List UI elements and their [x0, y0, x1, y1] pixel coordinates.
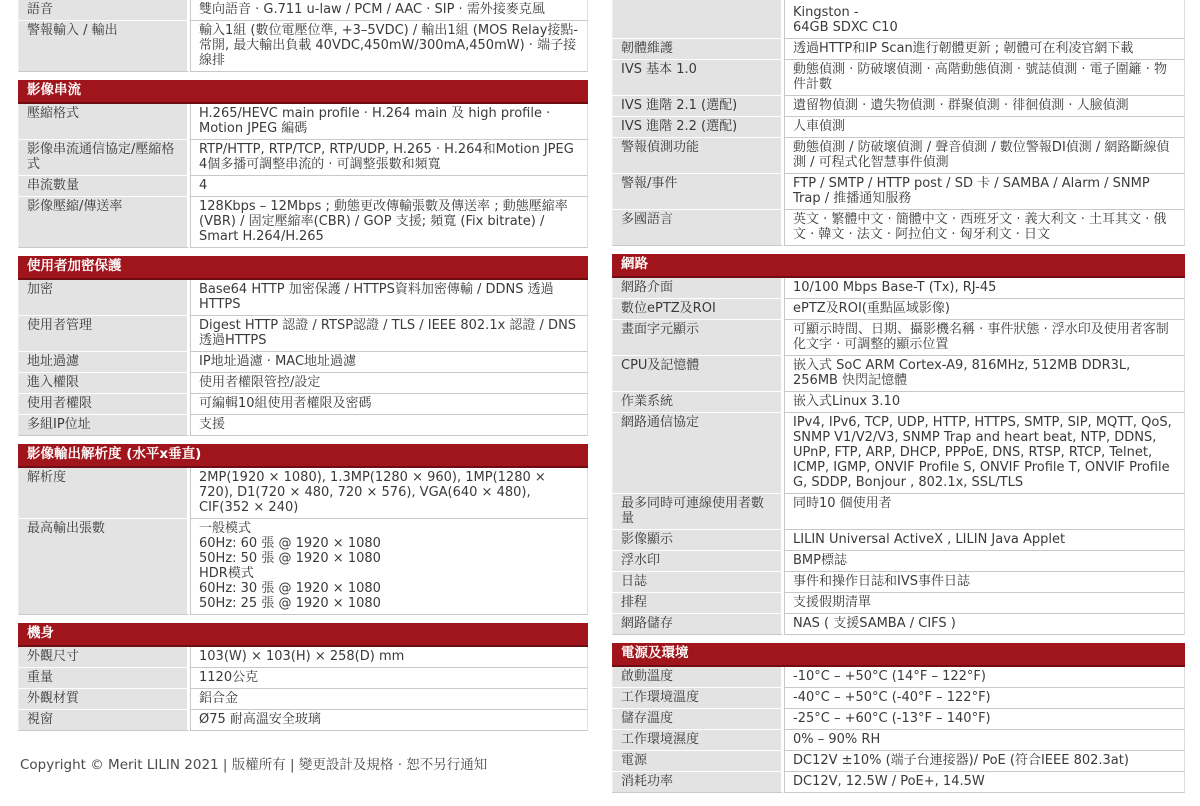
spec-row: 數位ePTZ及ROIePTZ及ROI(重點區域影像)	[612, 299, 1185, 320]
spec-row: 最多同時可連線使用者數量同時10 個使用者	[612, 494, 1185, 530]
spec-row: 最高輸出張數一般模式 60Hz: 60 張 @ 1920 × 1080 50Hz…	[18, 519, 588, 615]
spec-row: 使用者權限可編輯10組使用者權限及密碼	[18, 394, 588, 415]
section-header: 影像輸出解析度 (水平x垂直)	[18, 444, 588, 468]
spec-label-cell: 影像串流通信協定/壓縮格式	[18, 140, 190, 176]
spec-label-cell: 消耗功率	[612, 772, 784, 793]
spec-label-cell: 警報輸入 / 輸出	[18, 21, 190, 72]
spec-value-cell: 10/100 Mbps Base-T (Tx), RJ-45	[784, 278, 1185, 299]
spec-label-cell: 警報偵測功能	[612, 138, 784, 174]
section-header: 使用者加密保護	[18, 256, 588, 280]
spec-label-cell: 串流數量	[18, 176, 190, 197]
spec-value-cell: ePTZ及ROI(重點區域影像)	[784, 299, 1185, 320]
section-header: 影像串流	[18, 80, 588, 104]
spec-value-cell: 128Kbps – 12Mbps ; 動態更改傳輸張數及傳送率 ; 動態壓縮率(…	[190, 197, 588, 248]
spec-label-cell: 日誌	[612, 572, 784, 593]
spec-row: 外觀尺寸103(W) × 103(H) × 258(D) mm	[18, 647, 588, 668]
spec-value-cell: FTP / SMTP / HTTP post / SD 卡 / SAMBA / …	[784, 174, 1185, 210]
spec-row: IVS 進階 2.2 (選配)人車偵測	[612, 117, 1185, 138]
spec-label-cell: 語音	[18, 0, 190, 21]
spec-value-cell: 103(W) × 103(H) × 258(D) mm	[190, 647, 588, 668]
spec-label-cell: 儲存溫度	[612, 709, 784, 730]
spec-table: 外觀尺寸103(W) × 103(H) × 258(D) mm重量1120公克外…	[18, 647, 588, 731]
spec-row: 工作環境溫度-40°C – +50°C (-40°F – 122°F)	[612, 688, 1185, 709]
spec-value-cell: 0% – 90% RH	[784, 730, 1185, 751]
spec-label-cell: CPU及記憶體	[612, 356, 784, 392]
spec-value-cell: RTP/HTTP, RTP/TCP, RTP/UDP, H.265 · H.26…	[190, 140, 588, 176]
spec-label-cell: 網路通信協定	[612, 413, 784, 494]
spec-label-cell	[612, 0, 784, 39]
spec-row: 警報輸入 / 輸出輸入1組 (數位電壓位準, +3–5VDC) / 輸出1組 (…	[18, 21, 588, 72]
spec-value-cell: 嵌入式Linux 3.10	[784, 392, 1185, 413]
spec-value-cell: 使用者權限管控/設定	[190, 373, 588, 394]
spec-value-cell: 同時10 個使用者	[784, 494, 1185, 530]
spec-value-cell: 遺留物偵測 · 遺失物偵測 · 群聚偵測 · 徘徊偵測 · 人臉偵測	[784, 96, 1185, 117]
spec-value-cell: 一般模式 60Hz: 60 張 @ 1920 × 1080 50Hz: 50 張…	[190, 519, 588, 615]
spec-row: 語音雙向語音 · G.711 u-law / PCM / AAC · SIP ·…	[18, 0, 588, 21]
spec-table: 語音雙向語音 · G.711 u-law / PCM / AAC · SIP ·…	[18, 0, 588, 72]
spec-table: 解析度2MP(1920 × 1080), 1.3MP(1280 × 960), …	[18, 468, 588, 615]
spec-label-cell: 多國語言	[612, 210, 784, 246]
spec-section: 影像輸出解析度 (水平x垂直)解析度2MP(1920 × 1080), 1.3M…	[18, 444, 588, 615]
spec-row: 網路通信協定IPv4, IPv6, TCP, UDP, HTTP, HTTPS,…	[612, 413, 1185, 494]
spec-row: 多國語言英文 · 繁體中文 · 簡體中文 · 西班牙文 · 義大利文 · 土耳其…	[612, 210, 1185, 246]
spec-row: 工作環境濕度0% – 90% RH	[612, 730, 1185, 751]
spec-value-cell: IP地址過濾 · MAC地址過濾	[190, 352, 588, 373]
spec-label-cell: 啟動溫度	[612, 667, 784, 688]
spec-value-cell: 支援	[190, 415, 588, 436]
spec-label-cell: 網路儲存	[612, 614, 784, 635]
spec-label-cell: 電源	[612, 751, 784, 772]
spec-row: CPU及記憶體嵌入式 SoC ARM Cortex-A9, 816MHz, 51…	[612, 356, 1185, 392]
spec-section: 機身外觀尺寸103(W) × 103(H) × 258(D) mm重量1120公…	[18, 623, 588, 731]
spec-value-cell: Kingston - 64GB SDXC C10	[784, 0, 1185, 39]
spec-row: IVS 基本 1.0動態偵測 · 防破壞偵測 · 高階動態偵測 · 號誌偵測 ·…	[612, 60, 1185, 96]
spec-row: Kingston - 64GB SDXC C10	[612, 0, 1185, 39]
spec-label-cell: 韌體維護	[612, 39, 784, 60]
spec-value-cell: BMP標誌	[784, 551, 1185, 572]
spec-section: 使用者加密保護加密Base64 HTTP 加密保護 / HTTPS資料加密傳輸 …	[18, 256, 588, 436]
spec-label-cell: 影像顯示	[612, 530, 784, 551]
spec-label-cell: 進入權限	[18, 373, 190, 394]
spec-row: 地址過濾IP地址過濾 · MAC地址過濾	[18, 352, 588, 373]
spec-sheet-page: 語音雙向語音 · G.711 u-law / PCM / AAC · SIP ·…	[0, 0, 1200, 806]
spec-row: 網路介面10/100 Mbps Base-T (Tx), RJ-45	[612, 278, 1185, 299]
spec-row: 進入權限使用者權限管控/設定	[18, 373, 588, 394]
spec-label-cell: 影像壓縮/傳送率	[18, 197, 190, 248]
spec-label-cell: 警報/事件	[612, 174, 784, 210]
spec-row: 韌體維護透過HTTP和IP Scan進行韌體更新 ; 韌體可在利凌官網下載	[612, 39, 1185, 60]
spec-row: 浮水印BMP標誌	[612, 551, 1185, 572]
spec-label-cell: 排程	[612, 593, 784, 614]
spec-column-left: 語音雙向語音 · G.711 u-law / PCM / AAC · SIP ·…	[18, 0, 588, 773]
spec-label-cell: 浮水印	[612, 551, 784, 572]
spec-row: 啟動溫度-10°C – +50°C (14°F – 122°F)	[612, 667, 1185, 688]
spec-section: Kingston - 64GB SDXC C10韌體維護透過HTTP和IP Sc…	[612, 0, 1185, 246]
spec-row: 壓縮格式H.265/HEVC main profile · H.264 main…	[18, 104, 588, 140]
spec-label-cell: 使用者管理	[18, 316, 190, 352]
spec-label-cell: 工作環境溫度	[612, 688, 784, 709]
spec-label-cell: 壓縮格式	[18, 104, 190, 140]
spec-label-cell: 外觀材質	[18, 689, 190, 710]
spec-value-cell: NAS ( 支援SAMBA / CIFS )	[784, 614, 1185, 635]
spec-table: 壓縮格式H.265/HEVC main profile · H.264 main…	[18, 104, 588, 248]
spec-row: 電源DC12V ±10% (端子台連接器)/ PoE (符合IEEE 802.3…	[612, 751, 1185, 772]
spec-label-cell: 重量	[18, 668, 190, 689]
spec-table: Kingston - 64GB SDXC C10韌體維護透過HTTP和IP Sc…	[612, 0, 1185, 246]
spec-label-cell: IVS 進階 2.2 (選配)	[612, 117, 784, 138]
spec-label-cell: 最高輸出張數	[18, 519, 190, 615]
spec-value-cell: 2MP(1920 × 1080), 1.3MP(1280 × 960), 1MP…	[190, 468, 588, 519]
spec-value-cell: 支援假期清單	[784, 593, 1185, 614]
section-header: 網路	[612, 254, 1185, 278]
spec-label-cell: 最多同時可連線使用者數量	[612, 494, 784, 530]
spec-value-cell: 輸入1組 (數位電壓位準, +3–5VDC) / 輸出1組 (MOS Relay…	[190, 21, 588, 72]
spec-row: 影像壓縮/傳送率128Kbps – 12Mbps ; 動態更改傳輸張數及傳送率 …	[18, 197, 588, 248]
spec-value-cell: 雙向語音 · G.711 u-law / PCM / AAC · SIP · 需…	[190, 0, 588, 21]
spec-row: 解析度2MP(1920 × 1080), 1.3MP(1280 × 960), …	[18, 468, 588, 519]
spec-label-cell: 畫面字元顯示	[612, 320, 784, 356]
spec-value-cell: IPv4, IPv6, TCP, UDP, HTTP, HTTPS, SMTP,…	[784, 413, 1185, 494]
spec-value-cell: Digest HTTP 認證 / RTSP認證 / TLS / IEEE 802…	[190, 316, 588, 352]
spec-row: 消耗功率DC12V, 12.5W / PoE+, 14.5W	[612, 772, 1185, 793]
spec-row: 警報/事件FTP / SMTP / HTTP post / SD 卡 / SAM…	[612, 174, 1185, 210]
spec-label-cell: IVS 基本 1.0	[612, 60, 784, 96]
copyright-notice: Copyright © Merit LILIN 2021 | 版權所有 | 變更…	[18, 757, 588, 773]
spec-row: 影像串流通信協定/壓縮格式RTP/HTTP, RTP/TCP, RTP/UDP,…	[18, 140, 588, 176]
spec-table: 加密Base64 HTTP 加密保護 / HTTPS資料加密傳輸 / DDNS …	[18, 280, 588, 436]
spec-row: 網路儲存NAS ( 支援SAMBA / CIFS )	[612, 614, 1185, 635]
spec-value-cell: -10°C – +50°C (14°F – 122°F)	[784, 667, 1185, 688]
spec-label-cell: 外觀尺寸	[18, 647, 190, 668]
spec-value-cell: H.265/HEVC main profile · H.264 main 及 h…	[190, 104, 588, 140]
spec-section: 影像串流壓縮格式H.265/HEVC main profile · H.264 …	[18, 80, 588, 248]
spec-label-cell: IVS 進階 2.1 (選配)	[612, 96, 784, 117]
spec-value-cell: DC12V, 12.5W / PoE+, 14.5W	[784, 772, 1185, 793]
spec-label-cell: 工作環境濕度	[612, 730, 784, 751]
spec-value-cell: 鋁合金	[190, 689, 588, 710]
section-header: 機身	[18, 623, 588, 647]
spec-row: 排程支援假期清單	[612, 593, 1185, 614]
spec-value-cell: 人車偵測	[784, 117, 1185, 138]
spec-value-cell: 事件和操作日誌和IVS事件日誌	[784, 572, 1185, 593]
spec-label-cell: 加密	[18, 280, 190, 316]
spec-value-cell: Ø75 耐高溫安全玻璃	[190, 710, 588, 731]
spec-value-cell: 動態偵測 · 防破壞偵測 · 高階動態偵測 · 號誌偵測 · 電子圍籬 · 物件…	[784, 60, 1185, 96]
spec-blocks-right: Kingston - 64GB SDXC C10韌體維護透過HTTP和IP Sc…	[612, 0, 1185, 793]
spec-table: 網路介面10/100 Mbps Base-T (Tx), RJ-45數位ePTZ…	[612, 278, 1185, 635]
spec-row: 視窗Ø75 耐高溫安全玻璃	[18, 710, 588, 731]
spec-row: 作業系統嵌入式Linux 3.10	[612, 392, 1185, 413]
spec-label-cell: 數位ePTZ及ROI	[612, 299, 784, 320]
spec-label-cell: 視窗	[18, 710, 190, 731]
spec-row: 警報偵測功能動態偵測 / 防破壞偵測 / 聲音偵測 / 數位警報DI偵測 / 網…	[612, 138, 1185, 174]
spec-section: 電源及環境啟動溫度-10°C – +50°C (14°F – 122°F)工作環…	[612, 643, 1185, 793]
spec-label-cell: 解析度	[18, 468, 190, 519]
spec-row: 多組IP位址支援	[18, 415, 588, 436]
spec-label-cell: 地址過濾	[18, 352, 190, 373]
spec-value-cell: -25°C – +60°C (-13°F – 140°F)	[784, 709, 1185, 730]
spec-blocks-left: 語音雙向語音 · G.711 u-law / PCM / AAC · SIP ·…	[18, 0, 588, 731]
spec-label-cell: 網路介面	[612, 278, 784, 299]
spec-row: IVS 進階 2.1 (選配)遺留物偵測 · 遺失物偵測 · 群聚偵測 · 徘徊…	[612, 96, 1185, 117]
spec-value-cell: Base64 HTTP 加密保護 / HTTPS資料加密傳輸 / DDNS 透過…	[190, 280, 588, 316]
spec-value-cell: -40°C – +50°C (-40°F – 122°F)	[784, 688, 1185, 709]
section-header: 電源及環境	[612, 643, 1185, 667]
spec-value-cell: 1120公克	[190, 668, 588, 689]
spec-value-cell: 可編輯10組使用者權限及密碼	[190, 394, 588, 415]
spec-value-cell: DC12V ±10% (端子台連接器)/ PoE (符合IEEE 802.3at…	[784, 751, 1185, 772]
spec-column-right: Kingston - 64GB SDXC C10韌體維護透過HTTP和IP Sc…	[612, 0, 1185, 801]
spec-table: 啟動溫度-10°C – +50°C (14°F – 122°F)工作環境溫度-4…	[612, 667, 1185, 793]
spec-row: 使用者管理Digest HTTP 認證 / RTSP認證 / TLS / IEE…	[18, 316, 588, 352]
spec-value-cell: 可顯示時間、日期、攝影機名稱 · 事件狀態 · 浮水印及使用者客制化文字 · 可…	[784, 320, 1185, 356]
spec-label-cell: 多組IP位址	[18, 415, 190, 436]
spec-value-cell: 透過HTTP和IP Scan進行韌體更新 ; 韌體可在利凌官網下載	[784, 39, 1185, 60]
spec-row: 重量1120公克	[18, 668, 588, 689]
spec-row: 串流數量4	[18, 176, 588, 197]
spec-row: 加密Base64 HTTP 加密保護 / HTTPS資料加密傳輸 / DDNS …	[18, 280, 588, 316]
spec-value-cell: 4	[190, 176, 588, 197]
spec-value-cell: 英文 · 繁體中文 · 簡體中文 · 西班牙文 · 義大利文 · 土耳其文 · …	[784, 210, 1185, 246]
spec-row: 外觀材質鋁合金	[18, 689, 588, 710]
spec-row: 儲存溫度-25°C – +60°C (-13°F – 140°F)	[612, 709, 1185, 730]
spec-section: 網路網路介面10/100 Mbps Base-T (Tx), RJ-45數位eP…	[612, 254, 1185, 635]
spec-label-cell: 作業系統	[612, 392, 784, 413]
spec-row: 影像顯示LILIN Universal ActiveX , LILIN Java…	[612, 530, 1185, 551]
spec-value-cell: 動態偵測 / 防破壞偵測 / 聲音偵測 / 數位警報DI偵測 / 網路斷線偵測 …	[784, 138, 1185, 174]
spec-label-cell: 使用者權限	[18, 394, 190, 415]
spec-value-cell: LILIN Universal ActiveX , LILIN Java App…	[784, 530, 1185, 551]
spec-row: 畫面字元顯示可顯示時間、日期、攝影機名稱 · 事件狀態 · 浮水印及使用者客制化…	[612, 320, 1185, 356]
spec-value-cell: 嵌入式 SoC ARM Cortex-A9, 816MHz, 512MB DDR…	[784, 356, 1185, 392]
spec-row: 日誌事件和操作日誌和IVS事件日誌	[612, 572, 1185, 593]
spec-section: 語音雙向語音 · G.711 u-law / PCM / AAC · SIP ·…	[18, 0, 588, 72]
